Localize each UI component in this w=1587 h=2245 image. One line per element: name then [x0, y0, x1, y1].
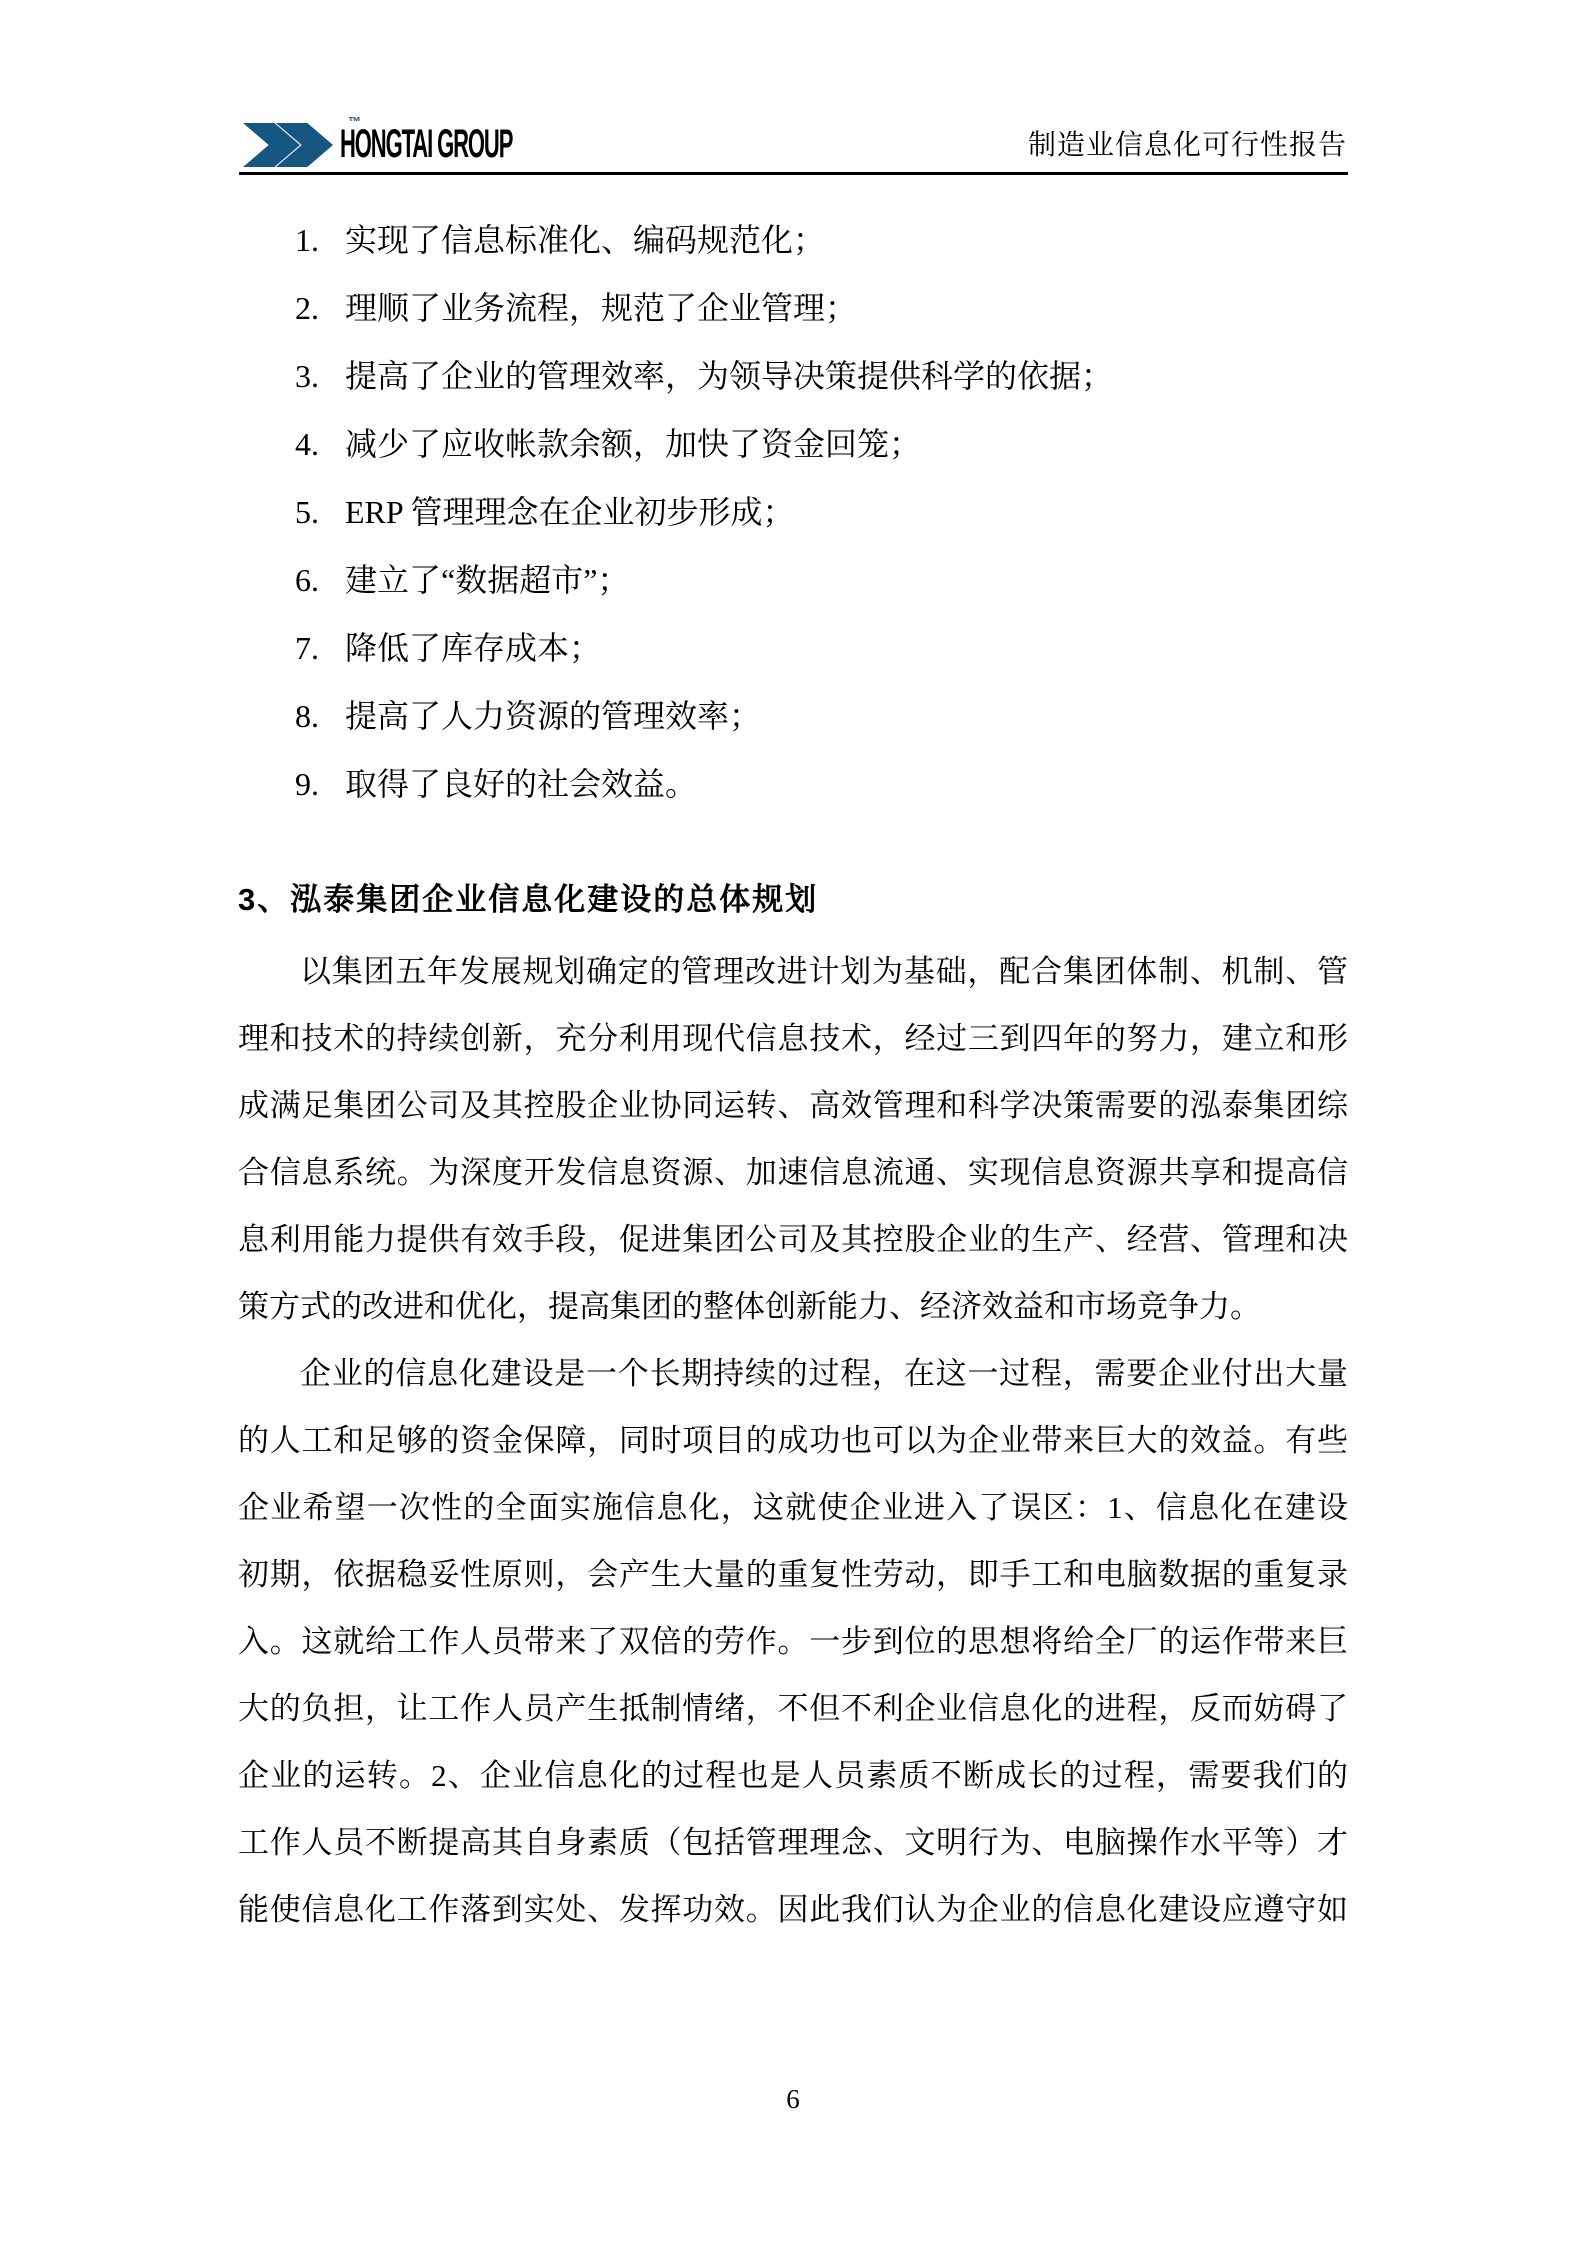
list-item-text: 取得了良好的社会效益。	[345, 766, 697, 802]
list-item-text: ERP 管理理念在企业初步形成；	[345, 494, 795, 530]
list-item-2: 2.理顺了业务流程，规范了企业管理；	[238, 274, 1348, 342]
paragraph-2-line-4: 初期，依据稳妥性原则，会产生大量的重复性劳动，即手工和电脑数据的重复录	[238, 1541, 1348, 1608]
section-heading: 3、泓泰集团企业信息化建设的总体规划	[238, 882, 818, 918]
list-item-4: 4.减少了应收帐款余额，加快了资金回笼；	[238, 410, 1348, 478]
logo-text: HONGTAI GROUP	[340, 121, 512, 167]
paragraph-1-line-4: 合信息系统。为深度开发信息资源、加速信息流通、实现信息资源共享和提高信	[238, 1139, 1348, 1206]
paragraph-1-line-6: 策方式的改进和优化，提高集团的整体创新能力、经济效益和市场竞争力。	[238, 1273, 1348, 1340]
paragraph-1-line-2: 理和技术的持续创新，充分利用现代信息技术，经过三到四年的努力，建立和形	[238, 1005, 1348, 1072]
list-item-number: 8.	[295, 682, 345, 750]
paragraph-2-line-3: 企业希望一次性的全面实施信息化，这就使企业进入了误区：1、信息化在建设	[238, 1474, 1348, 1541]
paragraph-2-line-8: 工作人员不断提高其自身素质（包括管理理念、文明行为、电脑操作水平等）才	[238, 1809, 1348, 1876]
company-logo: ™ HONGTAI GROUP	[243, 122, 503, 168]
list-item-8: 8.提高了人力资源的管理效率；	[238, 682, 1348, 750]
document-page: ™ HONGTAI GROUP 制造业信息化可行性报告 1.实现了信息标准化、编…	[0, 0, 1587, 2245]
paragraph-2-line-9: 能使信息化工作落到实处、发挥功效。因此我们认为企业的信息化建设应遵守如	[238, 1876, 1348, 1943]
list-item-9: 9.取得了良好的社会效益。	[238, 750, 1348, 818]
list-item-text: 提高了企业的管理效率，为领导决策提供科学的依据；	[345, 358, 1113, 394]
header-rule	[239, 172, 1348, 175]
list-item-5: 5.ERP 管理理念在企业初步形成；	[238, 478, 1348, 546]
achievements-list: 1.实现了信息标准化、编码规范化；2.理顺了业务流程，规范了企业管理；3.提高了…	[238, 206, 1348, 818]
list-item-number: 4.	[295, 410, 345, 478]
list-item-number: 6.	[295, 546, 345, 614]
list-item-number: 5.	[295, 478, 345, 546]
list-item-text: 实现了信息标准化、编码规范化；	[345, 222, 825, 258]
paragraph-1-line-1: 以集团五年发展规划确定的管理改进计划为基础，配合集团体制、机制、管	[238, 938, 1348, 1005]
list-item-7: 7.降低了库存成本；	[238, 614, 1348, 682]
list-item-text: 建立了“数据超市”；	[345, 562, 629, 598]
list-item-6: 6.建立了“数据超市”；	[238, 546, 1348, 614]
list-item-text: 提高了人力资源的管理效率；	[345, 698, 761, 734]
list-item-number: 3.	[295, 342, 345, 410]
paragraph-2-line-5: 入。这就给工作人员带来了双倍的劳作。一步到位的思想将给全厂的运作带来巨	[238, 1608, 1348, 1675]
list-item-number: 2.	[295, 274, 345, 342]
list-item-text: 理顺了业务流程，规范了企业管理；	[345, 290, 857, 326]
paragraph-1-line-5: 息利用能力提供有效手段，促进集团公司及其控股企业的生产、经营、管理和决	[238, 1206, 1348, 1273]
list-item-number: 1.	[295, 206, 345, 274]
list-item-3: 3.提高了企业的管理效率，为领导决策提供科学的依据；	[238, 342, 1348, 410]
paragraph-2-line-2: 的人工和足够的资金保障，同时项目的成功也可以为企业带来巨大的效益。有些	[238, 1407, 1348, 1474]
body-paragraphs: 以集团五年发展规划确定的管理改进计划为基础，配合集团体制、机制、管理和技术的持续…	[238, 938, 1348, 1943]
list-item-1: 1.实现了信息标准化、编码规范化；	[238, 206, 1348, 274]
document-header-title: 制造业信息化可行性报告	[1028, 129, 1347, 163]
paragraph-2-line-1: 企业的信息化建设是一个长期持续的过程，在这一过程，需要企业付出大量	[238, 1340, 1348, 1407]
paragraph-2-line-6: 大的负担，让工作人员产生抵制情绪，不但不利企业信息化的进程，反而妨碍了	[238, 1675, 1348, 1742]
list-item-text: 减少了应收帐款余额，加快了资金回笼；	[345, 426, 921, 462]
list-item-text: 降低了库存成本；	[345, 630, 601, 666]
page-number: 6	[238, 2082, 1348, 2116]
paragraph-1-line-3: 成满足集团公司及其控股企业协同运转、高效管理和科学决策需要的泓泰集团综	[238, 1072, 1348, 1139]
list-item-number: 7.	[295, 614, 345, 682]
list-item-number: 9.	[295, 750, 345, 818]
paragraph-2-line-7: 企业的运转。2、企业信息化的过程也是人员素质不断成长的过程，需要我们的	[238, 1742, 1348, 1809]
logo-double-chevron-icon: ™	[243, 123, 333, 167]
